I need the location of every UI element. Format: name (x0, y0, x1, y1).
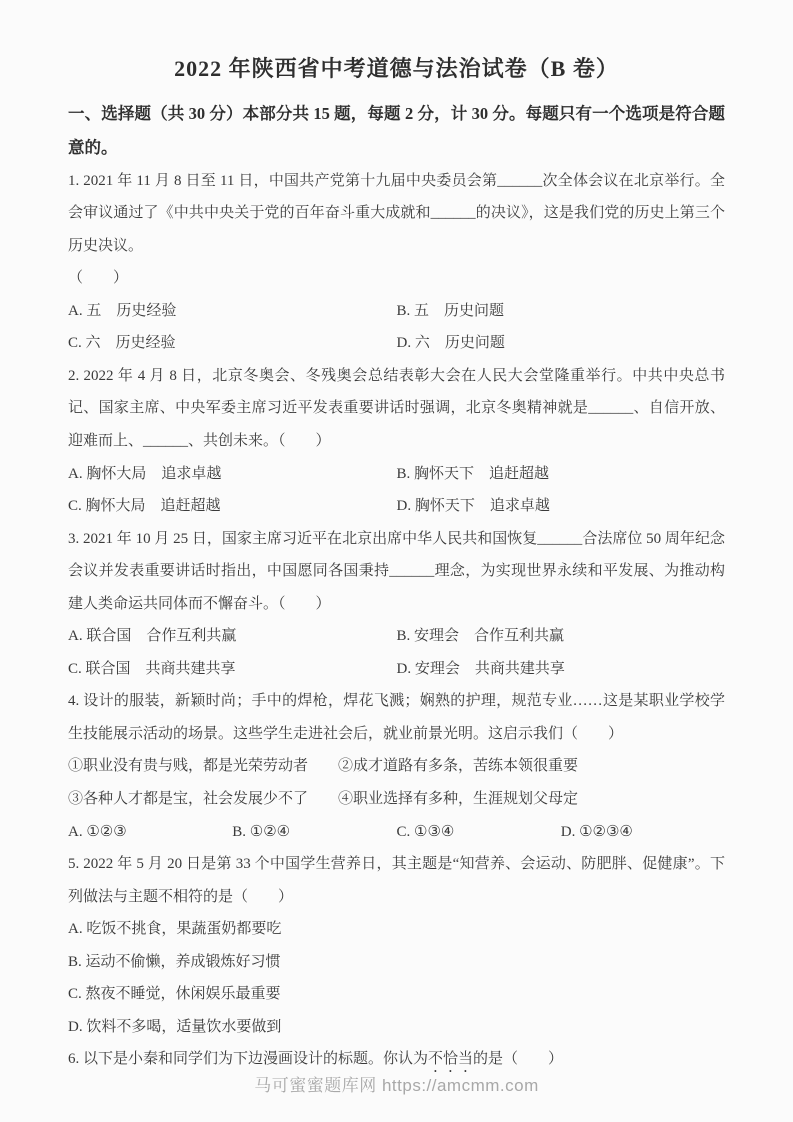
statement-line-1: ①职业没有贵与贱，都是光荣劳动者 ②成才道路有多条，苦练本领很重要 (68, 750, 725, 783)
option-d: D. 六 历史问题 (397, 327, 726, 360)
stem-text: 6. 以下是小秦和同学们为下边漫画设计的标题。你认为 (68, 1051, 428, 1067)
question-stem: 1. 2021 年 11 月 8 日至 11 日，中国共产党第十九届中央委员会第… (68, 165, 725, 263)
statement-line-2: ③各种人才都是宝，社会发展少不了 ④职业选择有多种，生涯规划父母定 (68, 783, 725, 816)
question-stem: 3. 2021 年 10 月 25 日，国家主席习近平在北京出席中华人民共和国恢… (68, 523, 725, 621)
option-c: C. 六 历史经验 (68, 327, 397, 360)
option-a: A. 联合国 合作互利共赢 (68, 620, 397, 653)
options-grid: A. 联合国 合作互利共赢 B. 安理会 合作互利共赢 C. 联合国 共商共建共… (68, 620, 725, 685)
option-a: A. 胸怀大局 追求卓越 (68, 458, 397, 491)
options-grid: A. 胸怀大局 追求卓越 B. 胸怀天下 追赶超越 C. 胸怀大局 追赶超越 D… (68, 458, 725, 523)
options-grid: A. 五 历史经验 B. 五 历史问题 C. 六 历史经验 D. 六 历史问题 (68, 295, 725, 360)
option-d: D. 饮料不多喝，适量饮水要做到 (68, 1011, 725, 1044)
question-3: 3. 2021 年 10 月 25 日，国家主席习近平在北京出席中华人民共和国恢… (68, 523, 725, 686)
question-1: 1. 2021 年 11 月 8 日至 11 日，中国共产党第十九届中央委员会第… (68, 165, 725, 360)
section-heading: 一、选择题（共 30 分）本部分共 15 题，每题 2 分，计 30 分。每题只… (68, 97, 725, 165)
emphasized-text: 不恰当 (428, 1051, 473, 1067)
option-d: D. 安理会 共商共建共享 (397, 653, 726, 686)
question-stem: 4. 设计的服装，新颖时尚；手中的焊枪，焊花飞溅；娴熟的护理，规范专业……这是某… (68, 685, 725, 750)
answer-bracket: （ ） (68, 262, 725, 295)
option-c: C. 胸怀大局 追赶超越 (68, 490, 397, 523)
page-title: 2022 年陕西省中考道德与法治试卷（B 卷） (68, 52, 725, 83)
option-b: B. 胸怀天下 追赶超越 (397, 458, 726, 491)
options-row: A. ①②③ B. ①②④ C. ①③④ D. ①②③④ (68, 816, 725, 849)
stem-text: 的是（ ） (473, 1051, 563, 1067)
option-b: B. ①②④ (232, 816, 396, 849)
exam-page: 2022 年陕西省中考道德与法治试卷（B 卷） 一、选择题（共 30 分）本部分… (0, 0, 793, 1122)
option-a: A. ①②③ (68, 816, 232, 849)
option-b: B. 五 历史问题 (397, 295, 726, 328)
question-stem: 2. 2022 年 4 月 8 日，北京冬奥会、冬残奥会总结表彰大会在人民大会堂… (68, 360, 725, 458)
question-stem: 5. 2022 年 5 月 20 日是第 33 个中国学生营养日，其主题是“知营… (68, 848, 725, 913)
option-c: C. 联合国 共商共建共享 (68, 653, 397, 686)
option-a: A. 吃饭不挑食，果蔬蛋奶都要吃 (68, 913, 725, 946)
option-b: B. 运动不偷懒，养成锻炼好习惯 (68, 946, 725, 979)
watermark-text: 马可蜜蜜题库网 https://amcmm.com (0, 1071, 793, 1096)
option-c: C. ①③④ (397, 816, 561, 849)
option-c: C. 熬夜不睡觉，休闲娱乐最重要 (68, 978, 725, 1011)
question-2: 2. 2022 年 4 月 8 日，北京冬奥会、冬残奥会总结表彰大会在人民大会堂… (68, 360, 725, 523)
option-b: B. 安理会 合作互利共赢 (397, 620, 726, 653)
option-d: D. 胸怀天下 追求卓越 (397, 490, 726, 523)
question-4: 4. 设计的服装，新颖时尚；手中的焊枪，焊花飞溅；娴熟的护理，规范专业……这是某… (68, 685, 725, 848)
option-d: D. ①②③④ (561, 816, 725, 849)
option-a: A. 五 历史经验 (68, 295, 397, 328)
question-5: 5. 2022 年 5 月 20 日是第 33 个中国学生营养日，其主题是“知营… (68, 848, 725, 1043)
